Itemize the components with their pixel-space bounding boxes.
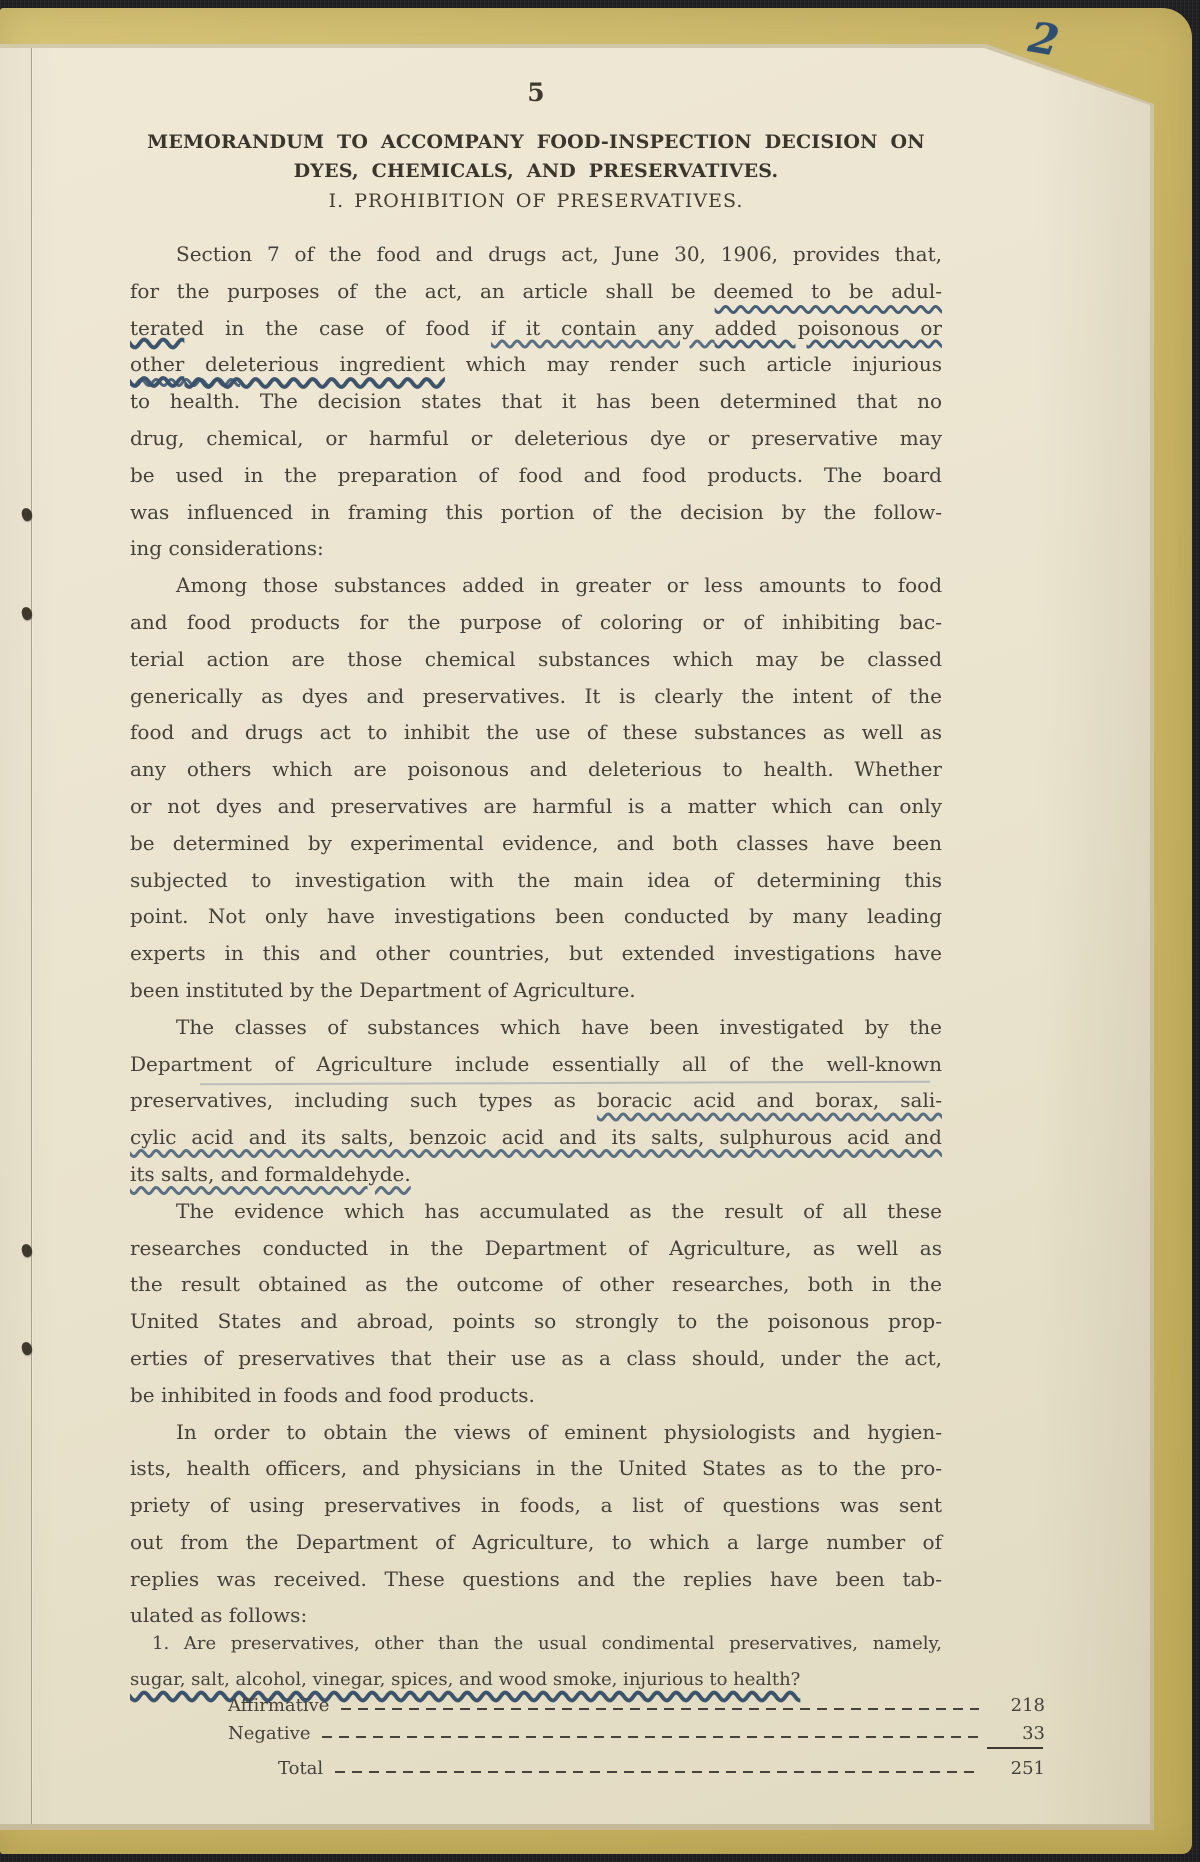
text-line: Department of Agriculture include essent… <box>130 1046 942 1083</box>
text-line: food and drugs act to inhibit the use of… <box>130 714 942 751</box>
text-segment: or not dyes and preservatives are harmfu… <box>130 794 942 818</box>
text-line: The evidence which has accumulated as th… <box>130 1193 942 1230</box>
text-segment: Department of Agriculture include essent… <box>130 1052 942 1076</box>
text-line: The classes of substances which have bee… <box>130 1009 942 1046</box>
text-line: its salts, and formaldehyde. <box>130 1156 942 1193</box>
text-line: subjected to investigation with the main… <box>130 862 942 899</box>
text-segment: be determined by experimental evidence, … <box>130 831 942 855</box>
tally-value: 218 <box>991 1696 1045 1716</box>
text-segment: generically as dyes and preservatives. I… <box>130 684 942 708</box>
ink-underlined-phrase: its salts, and formaldehyde. <box>130 1162 411 1186</box>
text-segment: be inhibited in foods and food products. <box>130 1383 535 1407</box>
text-segment: preservatives, including such types as <box>130 1088 597 1112</box>
text-line: to health. The decision states that it h… <box>130 383 942 420</box>
text-segment: terated in the case of food <box>130 316 491 340</box>
text-segment: out from the Department of Agriculture, … <box>130 1530 942 1554</box>
sum-rule <box>987 1747 1043 1749</box>
text-segment: The classes of substances which have bee… <box>176 1015 942 1039</box>
text-segment: food and drugs act to inhibit the use of… <box>130 720 942 744</box>
text-line: generically as dyes and preservatives. I… <box>130 678 942 715</box>
text-segment: was influenced in framing this portion o… <box>130 500 942 524</box>
text-line: terial action are those chemical substan… <box>130 641 942 678</box>
text-line: erties of preservatives that their use a… <box>130 1340 942 1377</box>
text-segment: terial action are those chemical substan… <box>130 647 942 671</box>
text-segment: which may render such article injurious <box>445 352 942 376</box>
text-segment: replies was received. These questions an… <box>130 1567 942 1591</box>
text-segment: and food products for the purpose of col… <box>130 610 942 634</box>
text-line: ing considerations: <box>130 530 942 567</box>
text-line: was influenced in framing this portion o… <box>130 494 942 531</box>
text-segment: any others which are poisonous and delet… <box>130 757 942 781</box>
text-line: or not dyes and preservatives are harmfu… <box>130 788 942 825</box>
text-line: 1. Are preservatives, other than the usu… <box>130 1626 942 1662</box>
text-line: been instituted by the Department of Agr… <box>130 972 942 1009</box>
text-segment: for the purposes of the act, an article … <box>130 279 942 303</box>
text-segment: been instituted by the Department of Agr… <box>130 978 636 1002</box>
text-segment: United States and abroad, points so stro… <box>130 1309 942 1333</box>
text-line: out from the Department of Agriculture, … <box>130 1524 942 1561</box>
section-heading: I. PROHIBITION OF PRESERVATIVES. <box>130 190 942 212</box>
ink-underlined-phrase: other <box>130 352 184 376</box>
text-segment: The decision states that it has been det… <box>240 389 942 413</box>
text-line: researches conducted in the Department o… <box>130 1230 942 1267</box>
text-segment: experts in this and other countries, but… <box>130 941 942 965</box>
text-line: replies was received. These questions an… <box>130 1561 942 1598</box>
page-number: 5 <box>130 78 942 107</box>
tally-label: Affirmative <box>130 1696 329 1716</box>
text-line: be inhibited in foods and food products. <box>130 1377 942 1414</box>
text-line: the result obtained as the outcome of ot… <box>130 1266 942 1303</box>
text-segment: point. Not only have investigations been… <box>130 904 942 928</box>
text-segment: priety of using preservatives in foods, … <box>130 1493 942 1517</box>
tally-value: 33 <box>991 1724 1045 1744</box>
text-line: be determined by experimental evidence, … <box>130 825 942 862</box>
text-segment: drug, chemical, or harmful or deleteriou… <box>130 426 942 450</box>
tally-row-negative: Negative 33 <box>130 1716 1045 1744</box>
text-segment: 1. Are preservatives, other than the usu… <box>152 1633 942 1654</box>
tally-value: 251 <box>991 1759 1045 1779</box>
tally-label: Negative <box>130 1724 310 1744</box>
text-line: cylic acid and its salts, benzoic acid a… <box>130 1119 942 1156</box>
ink-underlined-phrase: deleterious ingredient <box>184 352 445 376</box>
text-line: ists, health officers, and physicians in… <box>130 1450 942 1487</box>
text-line: In order to obtain the views of eminent … <box>130 1414 942 1451</box>
text-line: Section 7 of the food and drugs act, Jun… <box>130 236 942 273</box>
dotted-leader <box>335 1771 979 1774</box>
ink-underlined-phrase: cylic acid and its salts, benzoic acid a… <box>130 1125 942 1149</box>
text-line: drug, chemical, or harmful or deleteriou… <box>130 420 942 457</box>
ink-underlined-phrase: to health. <box>130 389 240 413</box>
memo-title-line2: DYES, CHEMICALS, AND PRESERVATIVES. <box>130 157 942 186</box>
ink-underlined-phrase: boracic acid and borax, sali- <box>597 1088 942 1112</box>
text-line: any others which are poisonous and delet… <box>130 751 942 788</box>
dotted-leader <box>322 1736 979 1739</box>
text-segment: The evidence which has accumulated as th… <box>176 1199 942 1223</box>
tally-row-total: Total 251 <box>130 1751 1045 1779</box>
body-text: Section 7 of the food and drugs act, Jun… <box>130 236 942 1634</box>
text-segment: be used in the preparation of food and f… <box>130 463 942 487</box>
text-line: experts in this and other countries, but… <box>130 935 942 972</box>
text-line: terated in the case of food if it contai… <box>130 310 942 347</box>
text-segment: In order to obtain the views of eminent … <box>176 1420 942 1444</box>
text-line: priety of using preservatives in foods, … <box>130 1487 942 1524</box>
reply-tally: Affirmative 218 Negative 33 Total 251 <box>130 1688 1045 1779</box>
text-line: and food products for the purpose of col… <box>130 604 942 641</box>
text-segment: the result obtained as the outcome of ot… <box>130 1272 942 1296</box>
text-line: United States and abroad, points so stro… <box>130 1303 942 1340</box>
memo-title-line1: MEMORANDUM TO ACCOMPANY FOOD-INSPECTION … <box>130 128 942 157</box>
text-segment: Section 7 of the food and drugs act, Jun… <box>176 242 942 266</box>
tally-label: Total <box>130 1759 323 1779</box>
text-line: point. Not only have investigations been… <box>130 898 942 935</box>
document-page: 5 MEMORANDUM TO ACCOMPANY FOOD-INSPECTIO… <box>0 48 1150 1824</box>
scan-background: 2 5 MEMORANDUM TO ACCOMPANY FOOD-INSPECT… <box>0 0 1200 1862</box>
binding-crease <box>31 48 32 1824</box>
text-line: preservatives, including such types as b… <box>130 1082 942 1119</box>
text-segment: subjected to investigation with the main… <box>130 868 942 892</box>
text-line: Among those substances added in greater … <box>130 567 942 604</box>
text-segment: ing considerations: <box>130 536 324 560</box>
ink-underlined-phrase: if it contain any <box>491 316 715 340</box>
dotted-leader <box>341 1708 979 1711</box>
text-line: be used in the preparation of food and f… <box>130 457 942 494</box>
text-segment: ists, health officers, and physicians in… <box>130 1456 942 1480</box>
tally-row-affirmative: Affirmative 218 <box>130 1688 1045 1716</box>
ink-underlined-phrase: sugar, salt, alcohol, vinegar, spices, a… <box>130 1669 800 1690</box>
ink-underlined-phrase: added poisonous or <box>715 316 942 340</box>
text-segment: Among those substances added in greater … <box>176 573 942 597</box>
text-segment: erties of preservatives that their use a… <box>130 1346 942 1370</box>
text-line: other deleterious ingredient which may r… <box>130 346 942 383</box>
text-line: for the purposes of the act, an article … <box>130 273 942 310</box>
text-segment: researches conducted in the Department o… <box>130 1236 942 1260</box>
text-segment: ulated as follows: <box>130 1603 307 1627</box>
